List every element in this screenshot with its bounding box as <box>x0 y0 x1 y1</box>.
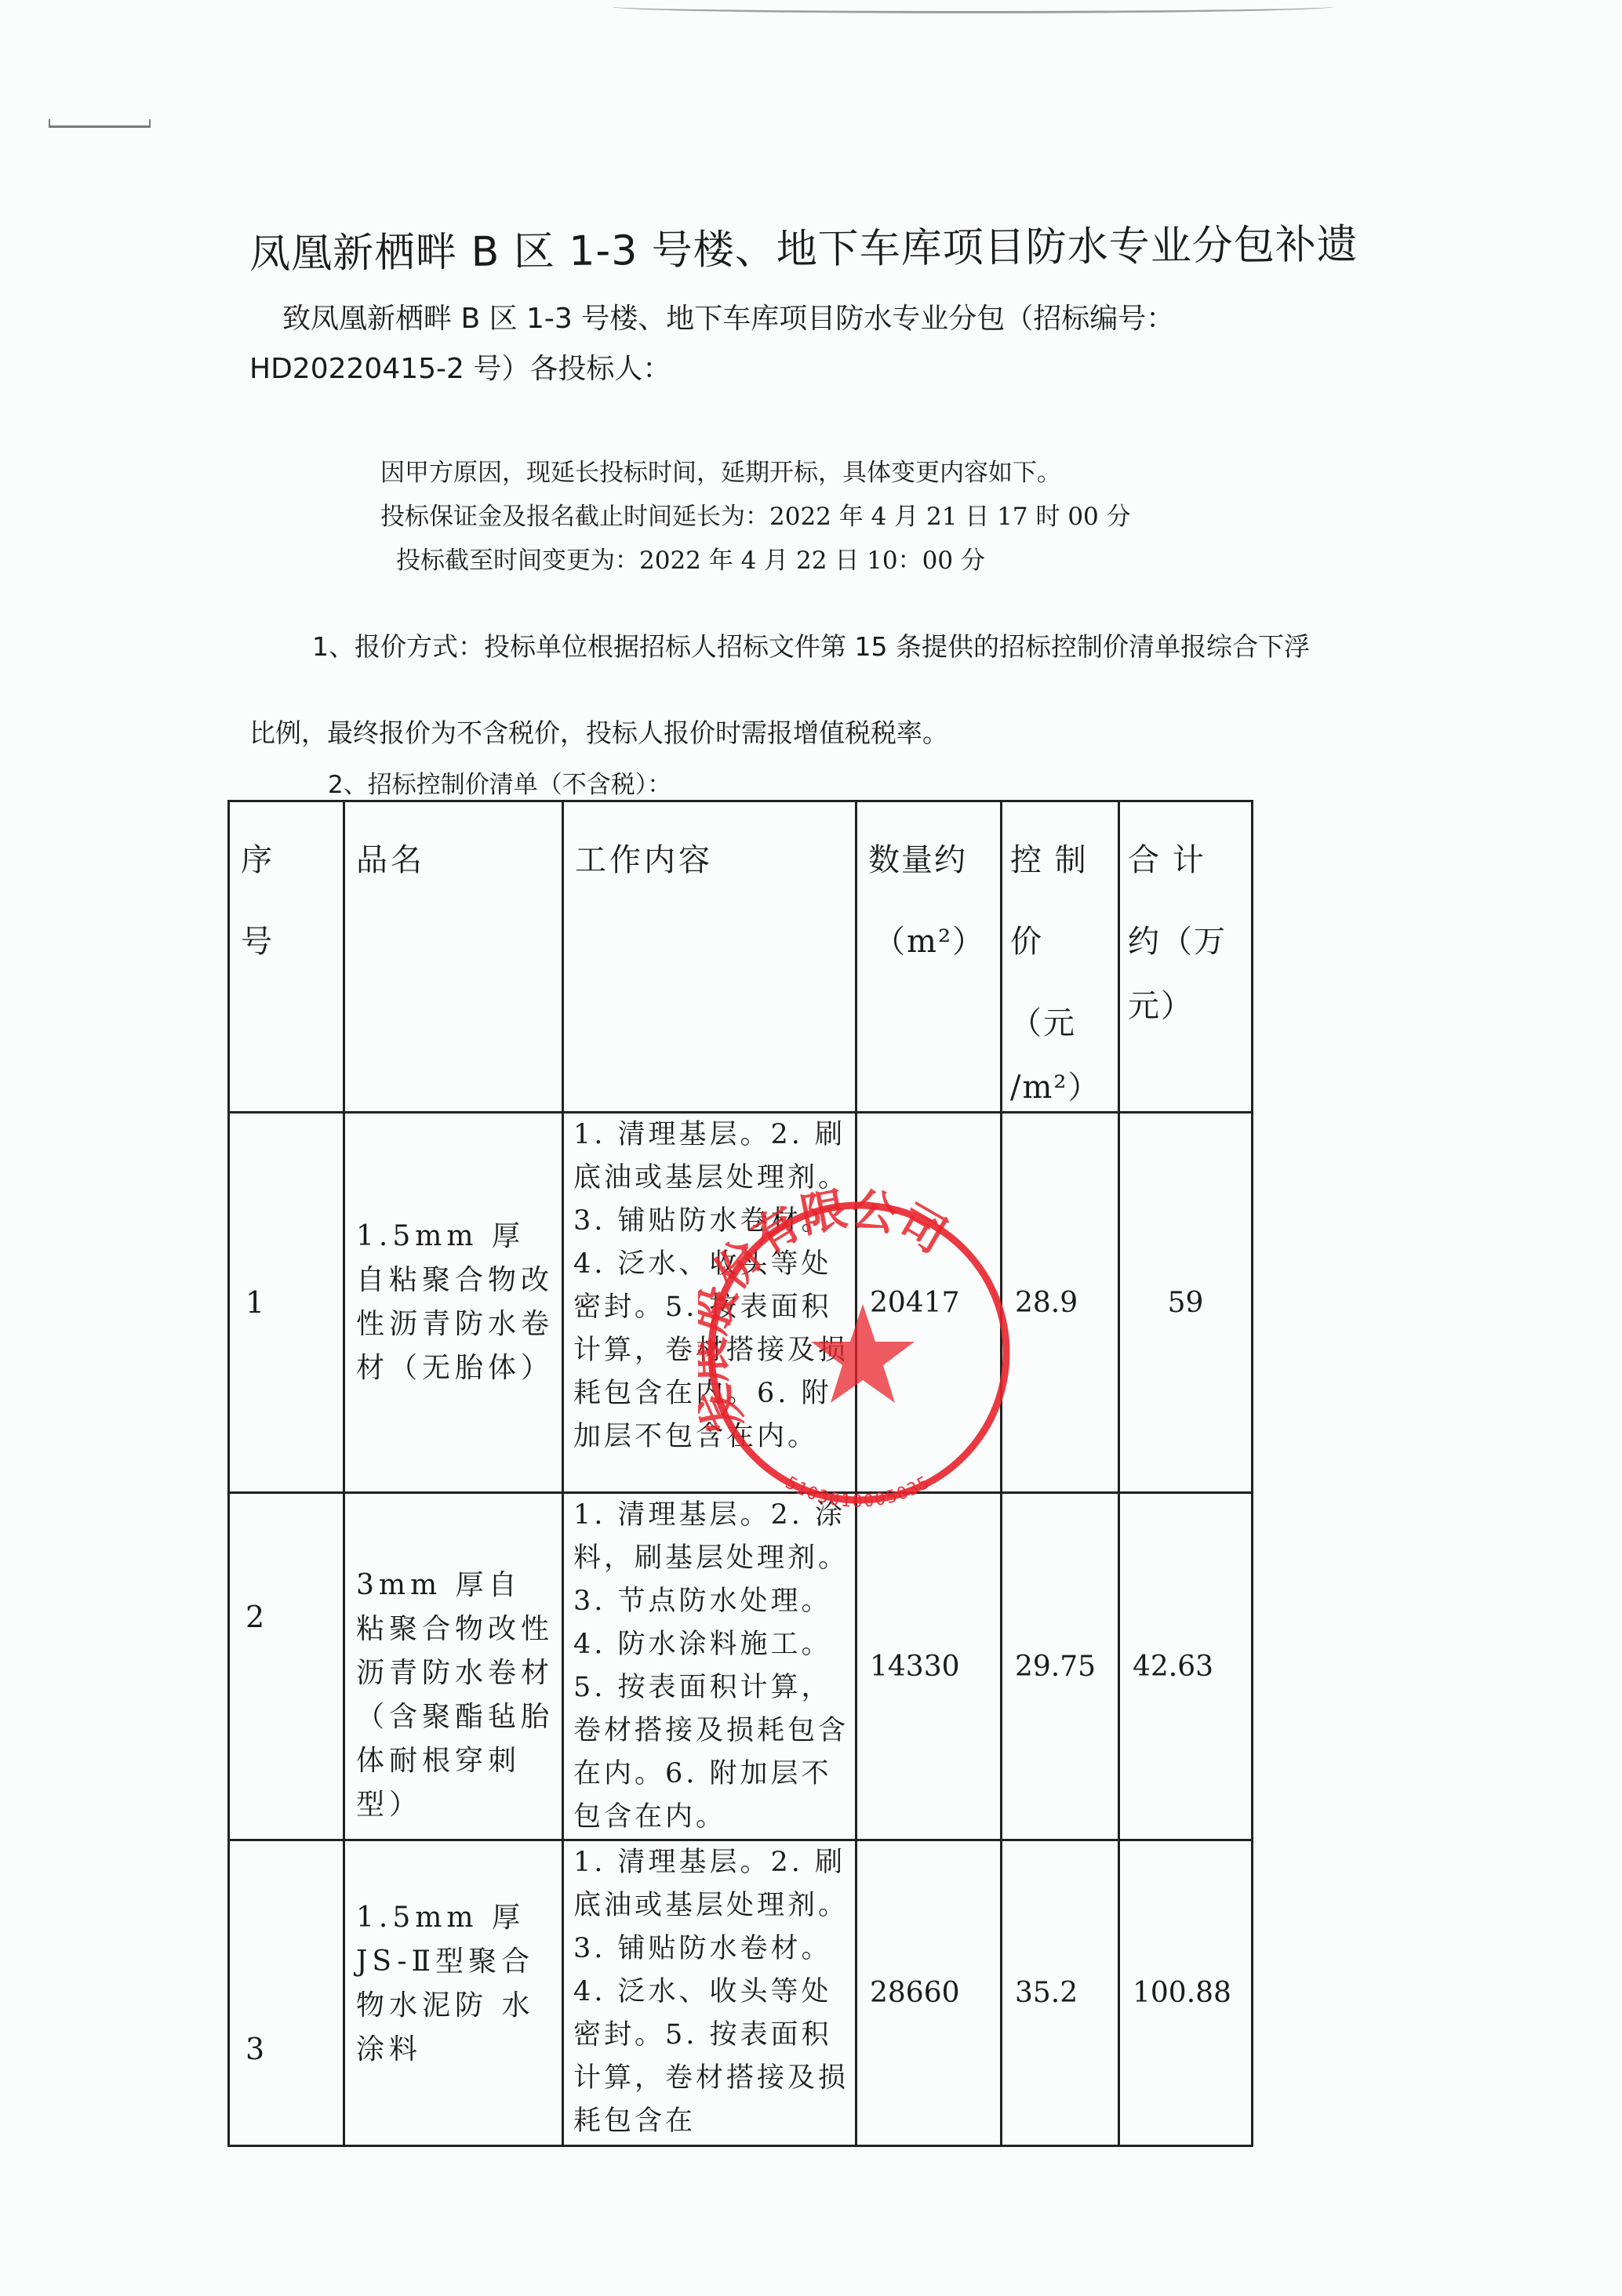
header-work: 工作内容 <box>563 801 856 1113</box>
addressee: 致凤凰新栖畔 B 区 1-3 号楼、地下车库项目防水专业分包（招标编号： HD2… <box>249 294 1285 394</box>
header-name: 品名 <box>344 801 563 1113</box>
cell-name: 1.5mm 厚自粘聚合物改性沥青防水卷材（无胎体） <box>344 1113 563 1493</box>
section1-line-1: 1、报价方式：投标单位根据招标人招标文件第 15 条提供的招标控制价清单报综合下… <box>249 604 1379 690</box>
cell-total: 100.88 <box>1119 1840 1253 2146</box>
table-row: 2 3mm 厚自粘聚合物改性沥青防水卷材（含聚酯毡胎体耐根穿刺型） 1. 清理基… <box>229 1493 1253 1840</box>
table-row: 1 1.5mm 厚自粘聚合物改性沥青防水卷材（无胎体） 1. 清理基层。2. 刷… <box>229 1113 1253 1493</box>
cell-work: 1. 清理基层。2. 刷底油或基层处理剂。3. 铺贴防水卷材。4. 泛水、收头等… <box>563 1113 856 1493</box>
addressee-line-2: HD20220415-2 号）各投标人： <box>249 353 671 385</box>
section-quotation-method: 1、报价方式：投标单位根据招标人招标文件第 15 条提供的招标控制价清单报综合下… <box>249 604 1379 776</box>
notice-reason: 因甲方原因，现延长投标时间，延期开标，具体变更内容如下。 <box>380 451 1322 495</box>
cell-name: 1.5mm 厚 JS-Ⅱ型聚合物水泥防 水涂料 <box>344 1840 563 2146</box>
scan-edge-artifact <box>612 0 1333 13</box>
header-qty: 数量约（m²） <box>856 801 1002 1113</box>
section1-line-2: 比例，最终报价为不含税价，投标人报价时需报增值税税率。 <box>249 717 948 748</box>
cell-price: 28.9 <box>1002 1113 1119 1493</box>
cell-total: 59 <box>1119 1113 1253 1493</box>
addressee-line-1: 致凤凰新栖畔 B 区 1-3 号楼、地下车库项目防水专业分包（招标编号： <box>249 294 1285 344</box>
cell-price: 35.2 <box>1002 1840 1119 2146</box>
table-header-row: 序号 品名 工作内容 数量约（m²） 控 制价（元/m²） 合 计约（万元） <box>229 801 1253 1113</box>
binding-mark <box>49 119 151 128</box>
notice-deposit-deadline: 投标保证金及报名截止时间延长为：2022 年 4 月 21 日 17 时 00 … <box>380 495 1322 539</box>
table-row: 3 1.5mm 厚 JS-Ⅱ型聚合物水泥防 水涂料 1. 清理基层。2. 刷底油… <box>229 1840 1253 2146</box>
cell-total: 42.63 <box>1119 1493 1253 1840</box>
cell-work: 1. 清理基层。2. 刷底油或基层处理剂。3. 铺贴防水卷材。4. 泛水、收头等… <box>563 1840 856 2146</box>
cell-price: 29.75 <box>1002 1493 1119 1840</box>
cell-name: 3mm 厚自粘聚合物改性沥青防水卷材（含聚酯毡胎体耐根穿刺型） <box>344 1493 563 1840</box>
header-price: 控 制价（元/m²） <box>1002 801 1119 1113</box>
section-price-list-label: 2、招标控制价清单（不含税）： <box>328 765 671 800</box>
change-notice: 因甲方原因，现延长投标时间，延期开标，具体变更内容如下。 投标保证金及报名截止时… <box>380 451 1322 583</box>
cell-seq: 1 <box>229 1113 344 1493</box>
control-price-table: 序号 品名 工作内容 数量约（m²） 控 制价（元/m²） 合 计约（万元） 1… <box>227 800 1253 2147</box>
cell-qty: 14330 <box>856 1493 1002 1840</box>
page-title: 凤凰新栖畔 B 区 1-3 号楼、地下车库项目防水专业分包补遗 <box>249 211 1395 280</box>
header-total: 合 计约（万元） <box>1119 801 1253 1113</box>
cell-work: 1. 清理基层。2. 涂料，刷基层处理剂。3. 节点防水处理。4. 防水涂料施工… <box>563 1493 856 1840</box>
cell-seq: 3 <box>229 1840 344 2146</box>
notice-bid-deadline: 投标截至时间变更为：2022 年 4 月 22 日 10：00 分 <box>380 539 1322 583</box>
header-seq: 序号 <box>229 801 344 1113</box>
cell-seq: 2 <box>229 1493 344 1840</box>
cell-qty: 28660 <box>856 1840 1002 2146</box>
cell-qty: 20417 <box>856 1113 1002 1493</box>
